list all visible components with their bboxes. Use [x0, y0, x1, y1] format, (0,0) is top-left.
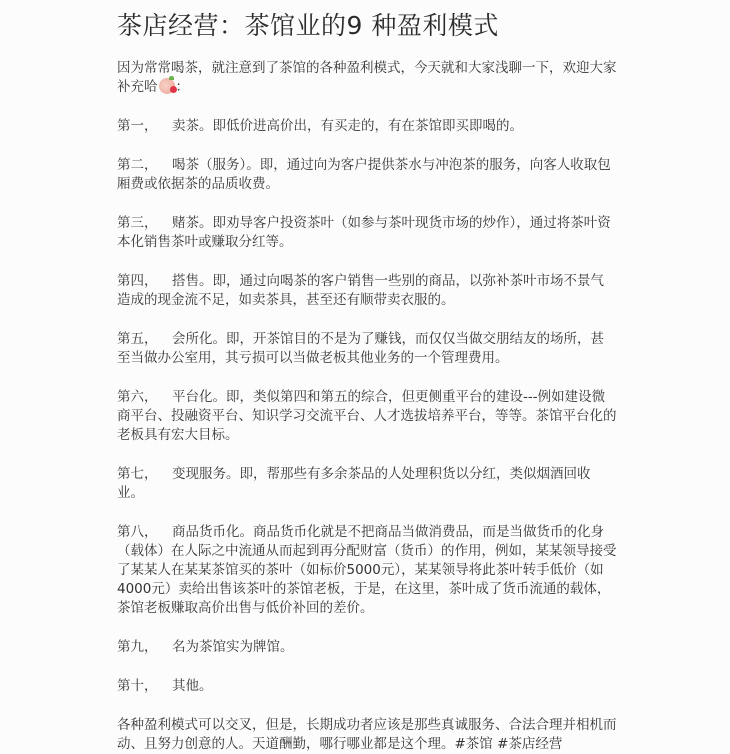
list-item: 第四，搭售。即，通过向喝茶的客户销售一些别的商品，以弥补茶叶市场不景气造成的现金… [117, 272, 617, 310]
item-number: 第四， [117, 272, 172, 291]
item-number: 第一， [117, 117, 172, 136]
item-text: 卖茶。即低价进高价出，有买走的，有在茶馆即买即喝的。 [172, 118, 523, 134]
item-number: 第五， [117, 330, 172, 349]
item-text: 其他。 [172, 678, 213, 694]
article-title: 茶店经营：茶馆业的9 种盈利模式 [117, 10, 617, 42]
item-number: 第二， [117, 156, 172, 175]
list-item: 第七，变现服务。即，帮那些有多余茶品的人处理积货以分红，类似烟酒回收业。 [117, 465, 617, 503]
list-item: 第三，赌茶。即劝导客户投资茶叶（如参与茶叶现货市场的炒作），通过将茶叶资本化销售… [117, 214, 617, 252]
list-item: 第九，名为茶馆实为牌馆。 [117, 638, 617, 657]
item-text: 商品货币化。商品货币化就是不把商品当做消费品，而是当做货币的化身（载体）在人际之… [117, 524, 617, 616]
item-number: 第九， [117, 638, 172, 657]
item-text: 名为茶馆实为牌馆。 [172, 639, 294, 655]
item-number: 第十， [117, 677, 172, 696]
list-item: 第二，喝茶（服务）。即，通过向为客户提供茶水与冲泡茶的服务，向客人收取包厢费或依… [117, 156, 617, 194]
blush-face-emoji-icon [159, 78, 175, 94]
article: 茶店经营：茶馆业的9 种盈利模式 因为常常喝茶，就注意到了茶馆的各种盈利模式，今… [117, 0, 617, 700]
item-text: 会所化。即，开茶馆目的不是为了赚钱，而仅仅当做交朋结友的场所，甚至当做办公室用，… [117, 331, 604, 366]
item-number: 第三， [117, 214, 172, 233]
item-text: 搭售。即，通过向喝茶的客户销售一些别的商品，以弥补茶叶市场不景气造成的现金流不足… [117, 273, 604, 308]
intro-text: 因为常常喝茶，就注意到了茶馆的各种盈利模式，今天就和大家浅聊一下，欢迎大家补充哈 [117, 60, 617, 95]
item-text: 变现服务。即，帮那些有多余茶品的人处理积货以分红，类似烟酒回收业。 [117, 466, 591, 501]
item-text: 喝茶（服务）。即，通过向为客户提供茶水与冲泡茶的服务，向客人收取包厢费或依据茶的… [117, 157, 611, 192]
item-number: 第七， [117, 465, 172, 484]
item-text: 赌茶。即劝导客户投资茶叶（如参与茶叶现货市场的炒作），通过将茶叶资本化销售茶叶或… [117, 215, 611, 250]
intro-paragraph: 因为常常喝茶，就注意到了茶馆的各种盈利模式，今天就和大家浅聊一下，欢迎大家补充哈… [117, 59, 617, 97]
list-item: 第五，会所化。即，开茶馆目的不是为了赚钱，而仅仅当做交朋结友的场所，甚至当做办公… [117, 330, 617, 368]
item-number: 第八， [117, 523, 172, 542]
intro-suffix: ： [176, 79, 190, 95]
list-item: 第八，商品货币化。商品货币化就是不把商品当做消费品，而是当做货币的化身（载体）在… [117, 523, 617, 618]
list-item: 第六，平台化。即，类似第四和第五的综合，但更侧重平台的建设---例如建设微商平台… [117, 388, 617, 445]
item-number: 第六， [117, 388, 172, 407]
item-text: 平台化。即，类似第四和第五的综合，但更侧重平台的建设---例如建设微商平台、投融… [117, 389, 617, 443]
list-item: 第十，其他。 [117, 677, 617, 696]
list-item: 第一，卖茶。即低价进高价出，有买走的，有在茶馆即买即喝的。 [117, 117, 617, 136]
